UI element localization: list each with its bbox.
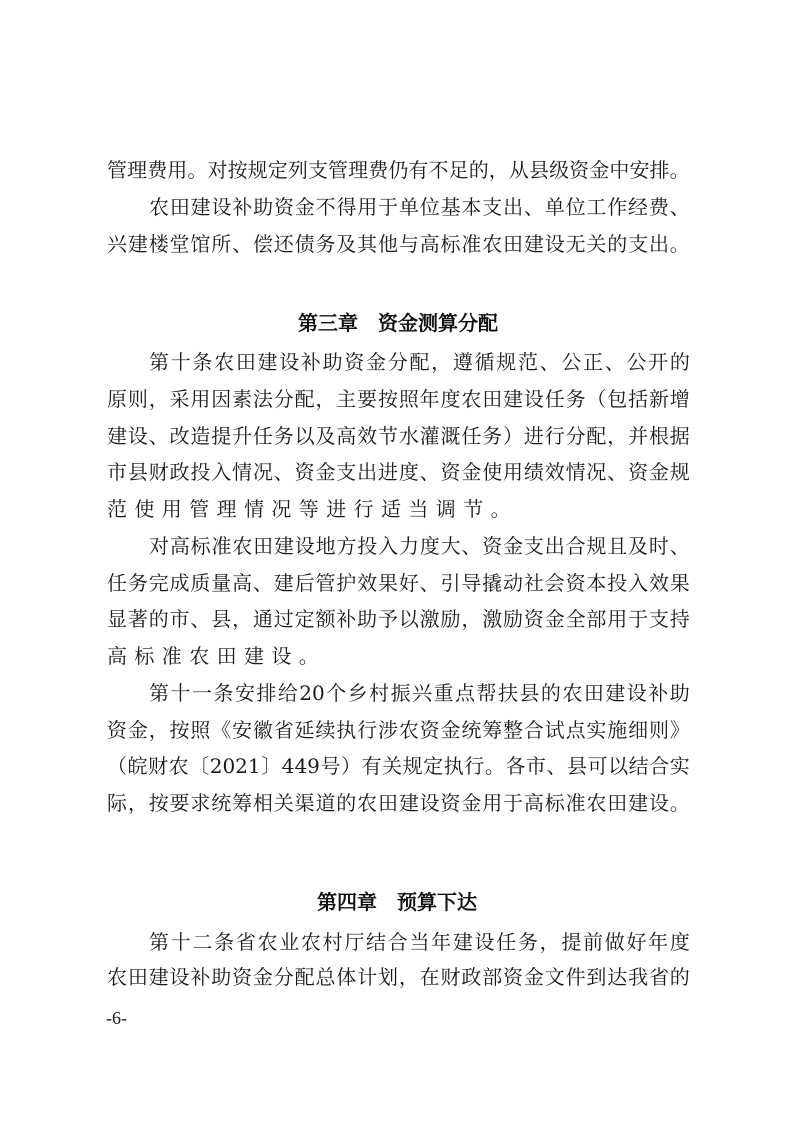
paragraph-line: 第十条农田建设补助资金分配，遵循规范、公正、公开的 xyxy=(149,348,690,376)
paragraph-line: 任务完成质量高、建后管护效果好、引导撬动社会资本投入效果 xyxy=(107,569,690,597)
paragraph-line: 第十二条省农业农村厅结合当年建设任务，提前做好年度 xyxy=(149,928,690,956)
paragraph-line: 兴建楼堂馆所、偿还债务及其他与高标准农田建设无关的支出。 xyxy=(107,230,690,258)
paragraph-line: 范使用管理情况等进行适当调节。 xyxy=(107,495,690,523)
paragraph-line: （皖财农〔2021〕449号）有关规定执行。各市、县可以结合实 xyxy=(107,752,690,780)
document-page: 管理费用。对按规定列支管理费仍有不足的，从县级资金中安排。 农田建设补助资金不得… xyxy=(0,0,794,1122)
paragraph-line: 农田建设补助资金分配总体计划，在财政部资金文件到达我省的 xyxy=(107,963,690,991)
paragraph-line: 建设、改造提升任务以及高效节水灌溉任务）进行分配，并根据 xyxy=(107,422,690,450)
paragraph-line: 市县财政投入情况、资金支出进度、资金使用绩效情况、资金规 xyxy=(107,458,690,486)
paragraph-line: 资金，按照《安徽省延续执行涉农资金统筹整合试点实施细则》 xyxy=(107,716,690,744)
chapter-heading: 第三章 资金测算分配 xyxy=(298,309,498,337)
paragraph-line: 原则，采用因素法分配，主要按照年度农田建设任务（包括新增 xyxy=(107,385,690,413)
paragraph-line: 显著的市、县，通过定额补助予以激励，激励资金全部用于支持 xyxy=(107,605,690,633)
page-number: -6- xyxy=(106,1008,127,1029)
paragraph-line: 管理费用。对按规定列支管理费仍有不足的，从县级资金中安排。 xyxy=(107,156,690,184)
paragraph-line: 农田建设补助资金不得用于单位基本支出、单位工作经费、 xyxy=(149,193,690,221)
paragraph-line: 际，按要求统筹相关渠道的农田建设资金用于高标准农田建设。 xyxy=(107,789,690,817)
paragraph-line: 高标准农田建设。 xyxy=(107,642,690,670)
paragraph-line: 对高标准农田建设地方投入力度大、资金支出合规且及时、 xyxy=(149,532,690,560)
paragraph-line: 第十一条安排给20个乡村振兴重点帮扶县的农田建设补助 xyxy=(149,679,690,707)
chapter-heading: 第四章 预算下达 xyxy=(317,888,477,916)
